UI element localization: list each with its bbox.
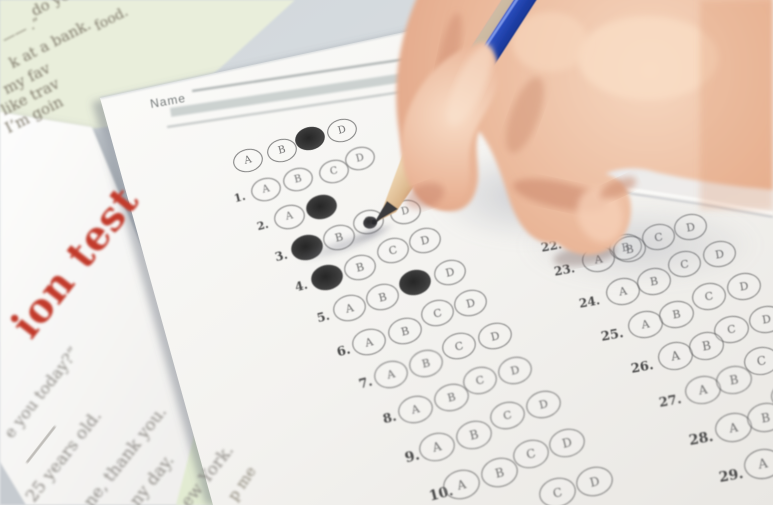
pencil-point [371, 219, 376, 224]
photo-answer-sheet-scene: do you —— .” k at a bank. my fav like tr… [0, 0, 773, 505]
hand-and-pencil [0, 0, 773, 505]
wrist-warm-tone [700, 0, 773, 210]
knuckle-highlight [512, 12, 588, 72]
knuckle-highlight [578, 16, 718, 100]
